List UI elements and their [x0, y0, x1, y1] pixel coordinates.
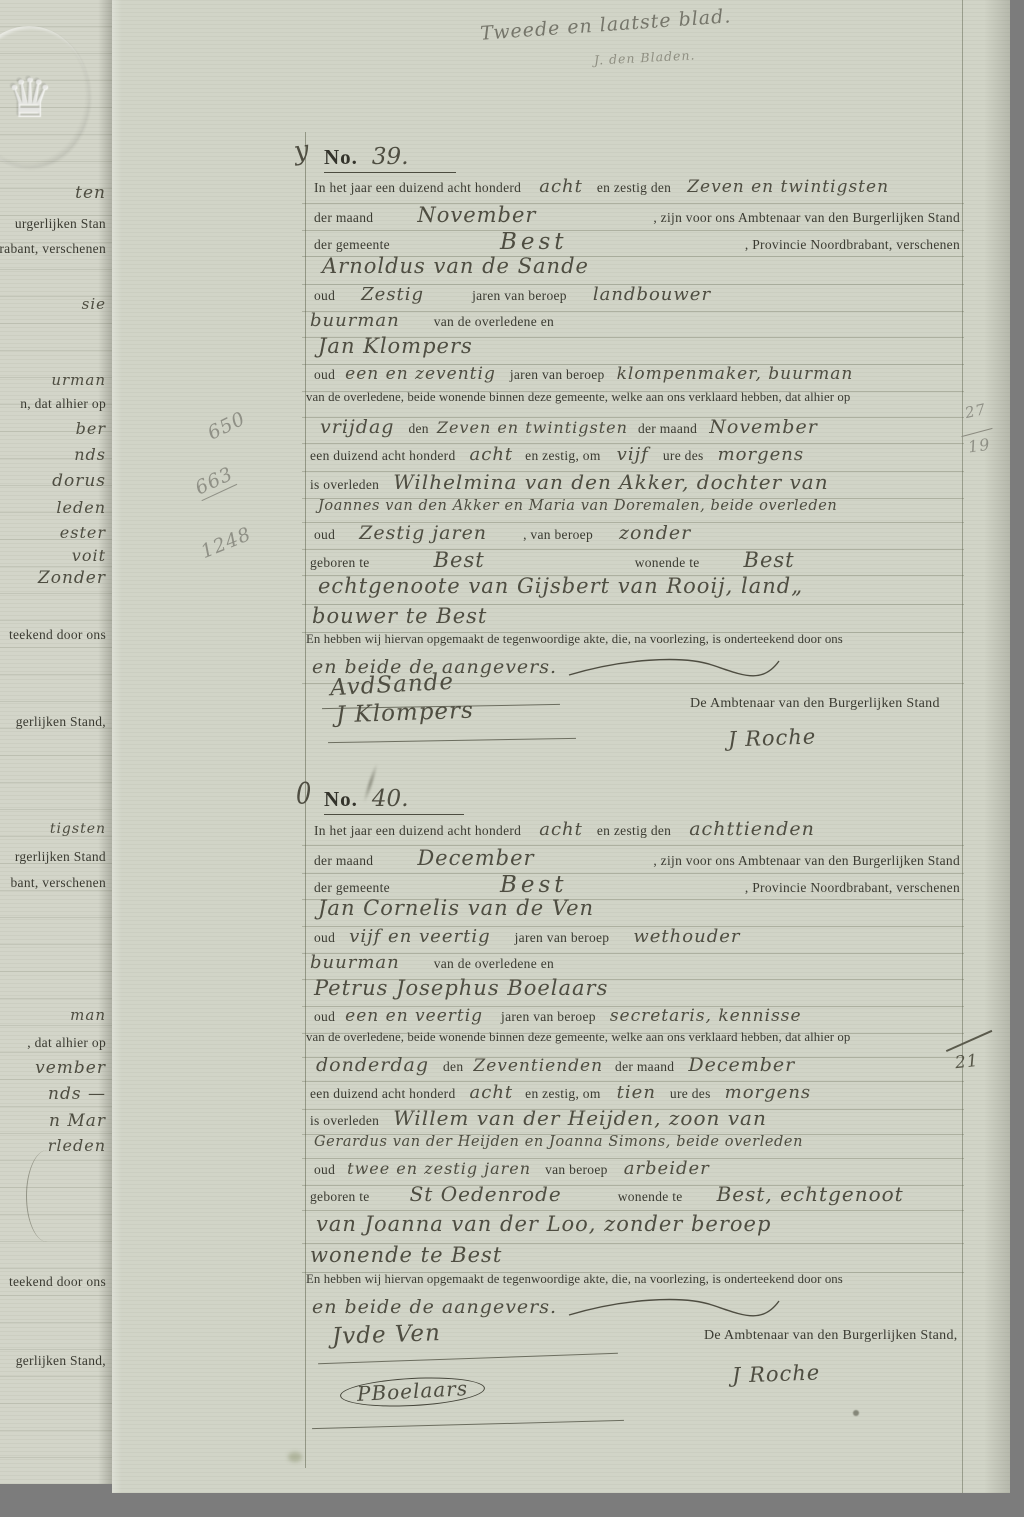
record39-line: vrijdag den Zeven en twintigsten der maa… — [302, 416, 964, 444]
handwritten-entry: landbouwer — [593, 284, 711, 305]
margin-note: 21 — [954, 1051, 980, 1073]
record39-line: In het jaar een duizend acht honderd ach… — [302, 176, 964, 204]
record39-line: Jan Klompers — [302, 334, 964, 365]
declarant2-signature: PBoelaars — [340, 1378, 485, 1406]
handwritten-entry: echtgenoote van Gijsbert van Rooij, land… — [302, 574, 803, 598]
printed-label: der gemeente — [302, 237, 390, 253]
handwritten-entry: tien — [617, 1082, 656, 1103]
printed-label: oud — [302, 288, 335, 304]
record39-line: Joannes van den Akker en Maria van Dorem… — [302, 498, 964, 523]
record39-line: der maand November , zijn voor ons Ambte… — [302, 203, 964, 231]
printed-label: wonende te — [635, 555, 700, 571]
record40-line: wonende te Best — [302, 1243, 964, 1273]
record39-line: echtgenoote van Gijsbert van Rooij, land… — [302, 574, 964, 605]
page-right-shadow — [984, 0, 1010, 1493]
record40-line: oud vijf en veertig jaren van beroep wet… — [302, 926, 964, 954]
no-label: No. — [324, 145, 358, 170]
printed-label: en zestig den — [597, 823, 671, 839]
handwritten-entry: wonende te Best — [302, 1243, 502, 1267]
record40-line: In het jaar een duizend acht honderd ach… — [302, 818, 964, 846]
printed-label: der maand — [638, 421, 697, 437]
fragment-text: , dat alhier op — [27, 1035, 106, 1051]
handwritten-entry: November — [417, 203, 536, 227]
record39-line: oud een en zeventig jaren van beroep klo… — [302, 364, 964, 392]
printed-label: van de overledene, beide wonende binnen … — [302, 1030, 850, 1045]
printed-label: van de overledene en — [434, 314, 554, 330]
record40-line: Petrus Josephus Boelaars — [302, 976, 964, 1007]
handwritten-entry: acht — [539, 176, 583, 197]
record39-line: van de overledene, beide wonende binnen … — [302, 390, 964, 418]
handwritten-entry: bouwer te Best — [302, 604, 487, 628]
handwritten-entry: acht — [470, 1082, 514, 1103]
printed-label: geboren te — [302, 555, 370, 571]
printed-label: van de overledene en — [434, 956, 554, 972]
fragment-text: gerlijken Stand, — [16, 1353, 106, 1369]
handwritten-entry: van Joanna van der Loo, zonder beroep — [302, 1212, 771, 1236]
printed-label: is overleden — [302, 1113, 379, 1129]
handwritten-entry: Zestig — [361, 284, 424, 305]
printed-label: oud — [302, 367, 335, 383]
printed-label: wonende te — [618, 1189, 683, 1205]
printed-label: den — [408, 421, 428, 437]
handwritten-entry: en beide de aangevers. — [302, 1296, 557, 1318]
printed-label: der maand — [302, 853, 373, 869]
fragment-text: Zonder — [38, 568, 106, 588]
page-fold-shadow — [98, 0, 112, 1484]
printed-label: oud — [302, 527, 335, 543]
ink-spot — [853, 1410, 859, 1416]
record40-line: van Joanna van der Loo, zonder beroep — [302, 1212, 964, 1244]
handwritten-entry: zonder — [619, 522, 691, 544]
printed-label: en zestig, om — [525, 448, 601, 464]
printed-label: der maand — [615, 1059, 674, 1075]
record39-line: bouwer te Best — [302, 604, 964, 633]
record40-line: en beide de aangevers. — [302, 1296, 964, 1323]
printed-label: oud — [302, 1009, 335, 1025]
record40-line: donderdag den Zeventienden der maand Dec… — [302, 1054, 964, 1082]
handwritten-entry: Zeven en twintigsten — [687, 177, 889, 197]
record39-line: En hebben wij hiervan opgemaakt de tegen… — [302, 632, 964, 659]
parents-entry: Joannes van den Akker en Maria van Dorem… — [302, 498, 837, 514]
declarant-name: Jan Klompers — [302, 334, 473, 358]
printed-label: ure des — [670, 1086, 711, 1102]
handwritten-entry: Zeven en twintigsten — [437, 418, 628, 437]
printed-label: , Provincie Noordbrabant, verschenen — [745, 237, 964, 253]
record39-line: een duizend acht honderd acht en zestig,… — [302, 444, 964, 472]
stain — [288, 1452, 302, 1462]
handwritten-entry: Best — [500, 229, 568, 255]
printed-label: den — [443, 1059, 463, 1075]
record39-line: oud Zestig jaren van beroep landbouwer — [302, 284, 964, 312]
pen-mark: 0 — [296, 777, 312, 812]
page-left-highlight — [112, 0, 122, 1493]
handwritten-entry: een en veertig — [345, 1006, 483, 1026]
printed-label: geboren te — [302, 1189, 370, 1205]
handwritten-entry: buurman — [302, 952, 400, 973]
officer-signature: J Roche — [732, 1360, 821, 1387]
record39-line: geboren te Best wonende te Best — [302, 548, 964, 576]
handwritten-entry: arbeider — [624, 1158, 710, 1179]
handwritten-entry: buurman — [302, 310, 400, 331]
record40-line: Jan Cornelis van de Ven — [302, 896, 964, 927]
record40-line: En hebben wij hiervan opgemaakt de tegen… — [302, 1272, 964, 1299]
printed-label: van de overledene, beide wonende binnen … — [302, 390, 850, 405]
fragment-text: n, dat alhier op — [20, 396, 106, 412]
flourish-line — [567, 657, 787, 683]
deceased-name: Wilhelmina van den Akker, dochter van — [393, 470, 828, 494]
declarant-name: Jan Cornelis van de Ven — [302, 896, 594, 920]
handwritten-entry: vijf en veertig — [349, 926, 490, 947]
handwritten-entry: twee en zestig jaren — [347, 1159, 531, 1178]
printed-label: En hebben wij hiervan opgemaakt de tegen… — [302, 632, 843, 647]
record-number: 40. — [372, 786, 409, 812]
printed-label: , Provincie Noordbrabant, verschenen — [745, 880, 964, 896]
record-number-heading: No. 40. — [324, 786, 464, 815]
declarant-name: Arnoldus van de Sande — [302, 254, 589, 278]
officer-signature: J Roche — [728, 724, 817, 751]
fragment-text: teekend door ons — [9, 627, 106, 643]
record39-line: Arnoldus van de Sande — [302, 254, 964, 285]
handwritten-entry: wethouder — [633, 926, 740, 947]
printed-label: jaren van beroep — [510, 367, 605, 383]
printed-label: der gemeente — [302, 880, 390, 896]
fragment-text: bant, verschenen — [10, 875, 106, 891]
handwritten-entry: achttienden — [689, 818, 815, 840]
no-label: No. — [324, 787, 358, 812]
printed-label: , zijn voor ons Ambtenaar van den Burger… — [653, 853, 964, 869]
declarant1-signature: Jvde Ven — [332, 1320, 442, 1350]
printed-label: is overleden — [302, 477, 379, 493]
printed-label: der maand — [302, 210, 373, 226]
officer-label: De Ambtenaar van den Burgerlijken Stand, — [704, 1328, 958, 1344]
printed-label: van beroep — [545, 1162, 608, 1178]
handwritten-entry: Zestig jaren — [359, 522, 487, 544]
printed-label: En hebben wij hiervan opgemaakt de tegen… — [302, 1272, 843, 1287]
register-page: Tweede en laatste blad. J. den Bladen. 6… — [112, 0, 1010, 1493]
declarant-name: Petrus Josephus Boelaars — [302, 976, 608, 1000]
fragment-text: gerlijken Stand, — [16, 714, 106, 730]
fragment-text: urgerlijken Stan — [15, 216, 106, 232]
handwritten-entry: vijf — [617, 444, 649, 465]
record40-line: is overleden Willem van der Heijden, zoo… — [302, 1106, 964, 1135]
printed-label: jaren van beroep — [501, 1009, 596, 1025]
handwritten-entry: morgens — [718, 444, 805, 465]
handwritten-entry: een en zeventig — [345, 364, 496, 384]
handwritten-entry: acht — [470, 444, 514, 465]
scanned-death-register-page: ♛ ten urgerlijken Stan rabant, verschene… — [0, 0, 1024, 1517]
printed-label: en zestig, om — [525, 1086, 601, 1102]
handwritten-entry: Best — [500, 872, 568, 898]
handwritten-entry: acht — [539, 819, 583, 840]
flourish-line — [567, 1297, 787, 1323]
handwritten-entry: December — [417, 846, 534, 870]
parents-entry: Gerardus van der Heijden en Joanna Simon… — [302, 1134, 803, 1150]
printed-label: ure des — [663, 448, 704, 464]
record39-line: is overleden Wilhelmina van den Akker, d… — [302, 470, 964, 499]
deceased-name: Willem van der Heijden, zoon van — [393, 1106, 767, 1130]
printed-label: een duizend acht honderd — [302, 1086, 456, 1102]
handwritten-entry: Zeventienden — [473, 1056, 603, 1076]
record40-line: Gerardus van der Heijden en Joanna Simon… — [302, 1134, 964, 1159]
record-number-heading: No. 39. — [324, 144, 456, 173]
fragment-text: rgerlijken Stand — [15, 849, 106, 865]
handwritten-entry: donderdag — [302, 1054, 429, 1076]
handwritten-entry: Best, echtgenoot — [717, 1182, 904, 1206]
printed-label: jaren van beroep — [472, 288, 567, 304]
handwritten-entry: morgens — [725, 1082, 812, 1103]
handwritten-entry: November — [709, 416, 818, 438]
crown-seal-icon: ♛ — [5, 66, 53, 129]
printed-label: In het jaar een duizend acht honderd — [302, 180, 521, 196]
handwritten-entry: secretaris, kennisse — [610, 1006, 802, 1026]
fragment-text: teekend door ons — [9, 1274, 106, 1290]
printed-label: oud — [302, 930, 335, 946]
printed-label: oud — [302, 1162, 335, 1178]
handwritten-entry: St Oedenrode — [410, 1182, 562, 1206]
record40-line: der maand December , zijn voor ons Ambte… — [302, 846, 964, 874]
previous-page-edge: ♛ ten urgerlijken Stan rabant, verschene… — [0, 0, 112, 1484]
printed-label: , van beroep — [523, 527, 593, 543]
fragment-text: vember — [35, 1058, 106, 1078]
declarant2-signature: J Klompers — [336, 698, 475, 729]
handwritten-entry: klompenmaker, buurman — [617, 364, 854, 384]
printed-label: , zijn voor ons Ambtenaar van den Burger… — [653, 210, 964, 226]
handwritten-entry: vrijdag — [302, 416, 394, 438]
printed-label: en zestig den — [597, 180, 671, 196]
record39-line: der gemeente Best , Provincie Noordbraba… — [302, 229, 964, 257]
fragment-text: rabant, verschenen — [0, 241, 106, 257]
printed-label: In het jaar een duizend acht honderd — [302, 823, 521, 839]
record-number: 39. — [372, 144, 409, 170]
handwritten-entry: Best — [434, 548, 485, 572]
pen-flourish — [26, 1150, 73, 1242]
circled-signature: PBoelaars — [339, 1374, 485, 1410]
record40-line: geboren te St Oedenrode wonende te Best,… — [302, 1182, 964, 1211]
printed-label: een duizend acht honderd — [302, 448, 456, 464]
record39-line: oud Zestig jaren , van beroep zonder — [302, 522, 964, 550]
printed-label: jaren van beroep — [515, 930, 610, 946]
officer-label: De Ambtenaar van den Burgerlijken Stand — [690, 696, 940, 712]
handwritten-entry: Best — [744, 548, 795, 572]
handwritten-entry: December — [688, 1054, 795, 1076]
